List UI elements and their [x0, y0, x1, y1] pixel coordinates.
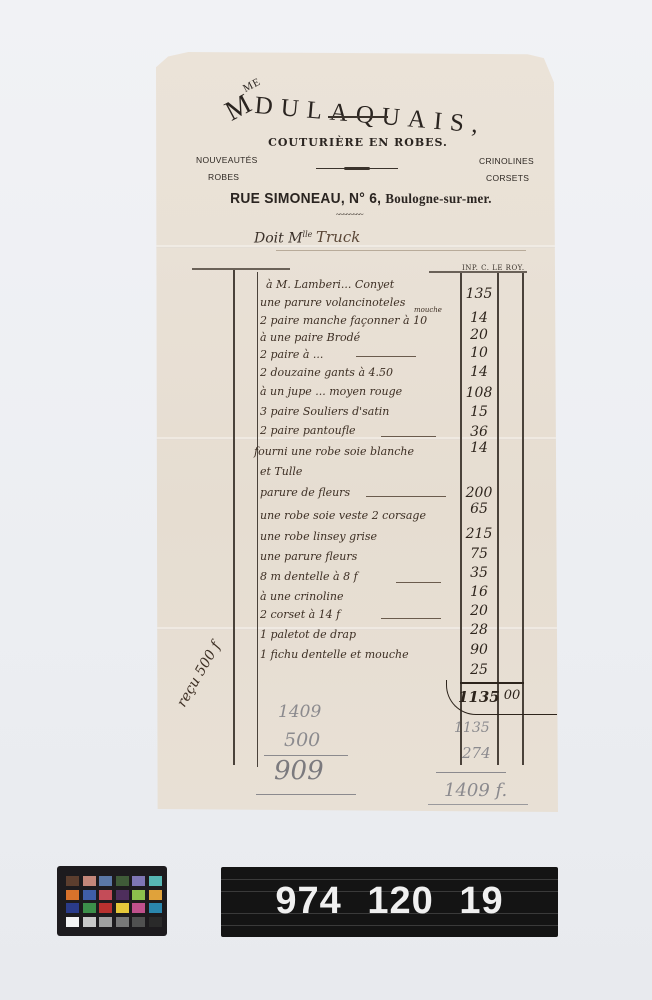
- color-swatch: [83, 903, 96, 913]
- service-crinolines: CRINOLINES: [479, 156, 534, 166]
- accession-number-plate: 974 120 19: [221, 867, 558, 937]
- column-rule: [233, 270, 235, 765]
- pencil-rule: [256, 794, 356, 795]
- item-amount: 20: [459, 603, 499, 619]
- pencil-calc-right-2: 274: [462, 744, 491, 762]
- pencil-calc-left-2: 500: [284, 729, 320, 751]
- item-amount: 10: [459, 345, 499, 361]
- item-amount: 200: [459, 485, 499, 501]
- table-top-rule-right: [429, 271, 527, 273]
- item-desc: fourni une robe soie blanche: [254, 445, 414, 458]
- plate-groove: [221, 925, 558, 926]
- item-amount: 65: [459, 501, 499, 517]
- paper-fold: [156, 437, 560, 440]
- doit-label: Doit Mlle: [254, 230, 312, 247]
- client-underline: [276, 250, 526, 251]
- pencil-calc-left-1: 1409: [278, 702, 321, 722]
- color-swatch: [66, 890, 79, 900]
- item-desc: à M. Lamberi... Conyet: [266, 278, 394, 291]
- item-desc: à un jupe ... moyen rouge: [260, 385, 402, 398]
- item-desc: une robe linsey grise: [260, 530, 377, 543]
- item-amount: 36: [459, 424, 499, 440]
- item-desc: 3 paire Souliers d'satin: [260, 405, 389, 418]
- item-desc: 2 paire pantoufle: [260, 424, 356, 437]
- pencil-rule: [436, 772, 506, 773]
- color-swatch: [83, 876, 96, 886]
- item-desc: parure de fleurs: [260, 486, 350, 499]
- service-robes: ROBES: [208, 172, 239, 182]
- pencil-calc-left-result: 909: [274, 756, 324, 786]
- item-desc: une robe soie veste 2 corsage: [260, 509, 426, 522]
- color-swatch: [132, 903, 145, 913]
- item-note: mouche: [414, 306, 442, 314]
- item-desc: une parure fleurs: [260, 550, 357, 563]
- color-swatch: [149, 903, 162, 913]
- invoice-document: MME DULAQUAIS, COUTURIÈRE EN ROBES. NOUV…: [156, 52, 560, 812]
- item-amount: 20: [459, 327, 499, 343]
- color-swatch: [149, 890, 162, 900]
- item-amount: 15: [459, 404, 499, 420]
- item-desc: 1 paletot de drap: [260, 628, 356, 641]
- item-desc: une parure volancinoteles: [260, 296, 405, 309]
- leader-line: [381, 618, 441, 619]
- ornament-line: [328, 116, 388, 118]
- address: RUE SIMONEAU, N° 6, Boulogne-sur-mer.: [209, 190, 513, 208]
- item-amount: 135: [459, 286, 499, 302]
- color-swatch: [116, 890, 129, 900]
- leader-line: [356, 356, 416, 357]
- color-swatch: [83, 917, 96, 927]
- color-calibration-card: [57, 866, 167, 936]
- client-name: Truck: [316, 228, 360, 246]
- item-desc: et Tulle: [260, 465, 302, 478]
- paper-fold: [156, 627, 560, 630]
- item-desc: à une crinoline: [260, 590, 344, 603]
- service-nouveautes: NOUVEAUTÉS: [196, 155, 258, 165]
- item-desc: 8 m dentelle à 8 f: [260, 570, 358, 583]
- item-amount: 90: [459, 642, 499, 658]
- pencil-rule: [428, 804, 528, 805]
- leader-line: [381, 436, 436, 437]
- color-swatch: [99, 903, 112, 913]
- color-swatch: [116, 917, 129, 927]
- color-swatch: [149, 876, 162, 886]
- pencil-calc-right-result: 1409 f.: [444, 780, 507, 801]
- item-amount: 14: [459, 310, 499, 326]
- table-top-rule-left: [192, 268, 290, 270]
- color-swatch: [99, 876, 112, 886]
- item-desc: 2 corset à 14 f: [260, 608, 340, 621]
- color-swatch: [99, 917, 112, 927]
- color-swatch: [132, 917, 145, 927]
- item-amount: 16: [459, 584, 499, 600]
- color-swatch: [83, 890, 96, 900]
- item-amount: 108: [459, 385, 499, 401]
- color-swatch: [149, 917, 162, 927]
- item-desc: 2 paire à ...: [260, 348, 323, 361]
- accession-number: 974 120 19: [221, 880, 558, 923]
- color-swatch: [116, 876, 129, 886]
- item-amount: 75: [459, 546, 499, 562]
- item-amount: 35: [459, 565, 499, 581]
- color-swatch: [132, 890, 145, 900]
- wavy-ornament: ~~~~~~~~: [336, 212, 380, 218]
- item-amount: 25: [459, 662, 499, 678]
- margin-note: reçu 500 f: [174, 639, 224, 710]
- leader-line: [366, 496, 446, 497]
- color-swatch: [66, 903, 79, 913]
- item-amount: 14: [459, 440, 499, 456]
- item-amount: 28: [459, 622, 499, 638]
- ornament-divider: [316, 167, 398, 170]
- item-amount: 14: [459, 364, 499, 380]
- pencil-calc-right-1: 1135: [454, 720, 490, 736]
- business-subtitle: COUTURIÈRE EN ROBES.: [246, 136, 470, 149]
- leader-line: [396, 582, 441, 583]
- color-swatch: [66, 876, 79, 886]
- color-swatch: [116, 903, 129, 913]
- item-desc: à une paire Brodé: [260, 331, 360, 344]
- item-amount: 215: [459, 526, 499, 542]
- total-cents: 00: [492, 688, 532, 703]
- color-swatch: [99, 890, 112, 900]
- item-desc: 2 douzaine gants à 4.50: [260, 366, 393, 379]
- color-swatch: [132, 876, 145, 886]
- item-desc: 2 paire manche façonner à 10: [260, 314, 427, 327]
- service-corsets: CORSETS: [486, 173, 529, 183]
- column-rule: [257, 272, 258, 767]
- color-swatch: [66, 917, 79, 927]
- item-desc: 1 fichu dentelle et mouche: [260, 648, 409, 661]
